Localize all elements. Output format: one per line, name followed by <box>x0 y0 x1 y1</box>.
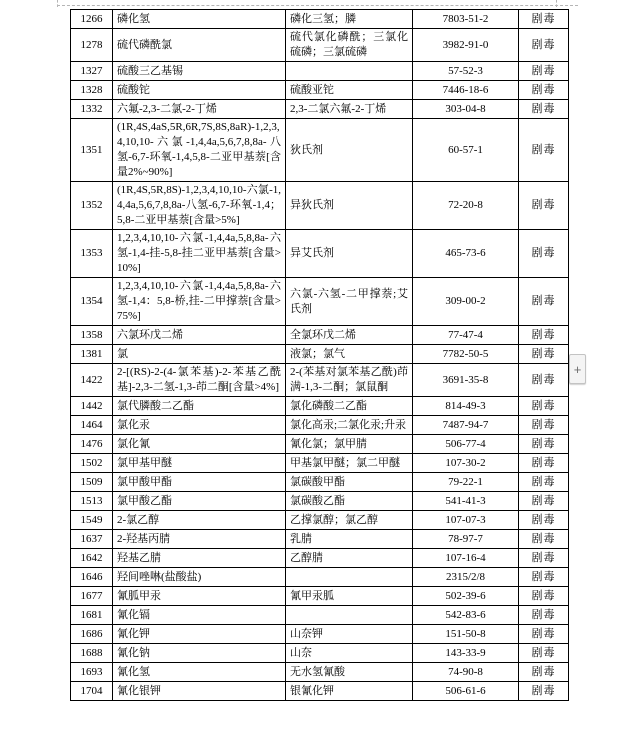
cell-toxicity[interactable]: 剧毒 <box>519 416 569 435</box>
cell-cas-number[interactable]: 502-39-6 <box>413 587 519 606</box>
cell-serial-number[interactable]: 1549 <box>71 511 113 530</box>
table-row: 1358 六氯环戊二烯 全氯环戊二烯 77-47-4 剧毒 <box>71 326 569 345</box>
table-row: 1642 羟基乙腈 乙醇腈 107-16-4 剧毒 <box>71 549 569 568</box>
cell-chemical-name[interactable]: 六氟-2,3-二氯-2-丁烯 <box>113 100 286 119</box>
cell-toxicity[interactable]: 剧毒 <box>519 606 569 625</box>
cell-toxicity[interactable]: 剧毒 <box>519 530 569 549</box>
cell-cas-number[interactable]: 151-50-8 <box>413 625 519 644</box>
cell-chemical-name[interactable]: 硫代磷酰氯 <box>113 29 286 62</box>
cell-cas-number[interactable]: 309-00-2 <box>413 278 519 326</box>
add-button[interactable]: + <box>569 354 586 384</box>
table-row: 1351 (1R,4S,4aS,5R,6R,7S,8S,8aR)-1,2,3,4… <box>71 119 569 182</box>
cell-cas-number[interactable]: 7446-18-6 <box>413 81 519 100</box>
cell-alias[interactable]: 无水氢氰酸 <box>286 663 413 682</box>
cell-cas-number[interactable]: 3982-91-0 <box>413 29 519 62</box>
cell-toxicity[interactable]: 剧毒 <box>519 454 569 473</box>
table-row: 1327 硫酸三乙基锡 57-52-3 剧毒 <box>71 62 569 81</box>
cell-toxicity[interactable]: 剧毒 <box>519 278 569 326</box>
cell-toxicity[interactable]: 剧毒 <box>519 326 569 345</box>
cell-cas-number[interactable]: 3691-35-8 <box>413 364 519 397</box>
table-row: 1332 六氟-2,3-二氯-2-丁烯 2,3-二氯六氟-2-丁烯 303-04… <box>71 100 569 119</box>
cell-serial-number[interactable]: 1681 <box>71 606 113 625</box>
cell-serial-number[interactable]: 1476 <box>71 435 113 454</box>
cell-chemical-name[interactable]: 氯甲酸乙酯 <box>113 492 286 511</box>
cell-serial-number[interactable]: 1354 <box>71 278 113 326</box>
cell-chemical-name[interactable]: 氰胍甲汞 <box>113 587 286 606</box>
table-row: 1278 硫代磷酰氯 硫代氯化磷酰；三氯化硫磷；三氯硫磷 3982-91-0 剧… <box>71 29 569 62</box>
cell-cas-number[interactable]: 107-16-4 <box>413 549 519 568</box>
cell-chemical-name[interactable]: 氯化氰 <box>113 435 286 454</box>
cell-cas-number[interactable]: 303-04-8 <box>413 100 519 119</box>
cell-serial-number[interactable]: 1464 <box>71 416 113 435</box>
cell-alias[interactable]: 2,3-二氯六氟-2-丁烯 <box>286 100 413 119</box>
cell-alias[interactable]: 山奈钾 <box>286 625 413 644</box>
table-row: 1266 磷化氢 磷化三氢；膦 7803-51-2 剧毒 <box>71 10 569 29</box>
cell-serial-number[interactable]: 1332 <box>71 100 113 119</box>
cell-cas-number[interactable]: 78-97-7 <box>413 530 519 549</box>
cell-serial-number[interactable]: 1677 <box>71 587 113 606</box>
cell-serial-number[interactable]: 1358 <box>71 326 113 345</box>
cell-alias[interactable]: 六氯-六氢-二甲撑萘;艾氏剂 <box>286 278 413 326</box>
cell-alias[interactable] <box>286 606 413 625</box>
hazardous-chemicals-table: 1266 磷化氢 磷化三氢；膦 7803-51-2 剧毒 1278 硫代磷酰氯 … <box>70 9 569 701</box>
cell-chemical-name[interactable]: 2-氯乙醇 <box>113 511 286 530</box>
table-row: 1476 氯化氰 氰化氯；氯甲腈 506-77-4 剧毒 <box>71 435 569 454</box>
cell-cas-number[interactable]: 107-07-3 <box>413 511 519 530</box>
cell-serial-number[interactable]: 1688 <box>71 644 113 663</box>
chemical-table-body: 1266 磷化氢 磷化三氢；膦 7803-51-2 剧毒 1278 硫代磷酰氯 … <box>71 10 569 701</box>
cell-chemical-name[interactable]: 硫酸三乙基锡 <box>113 62 286 81</box>
cell-toxicity[interactable]: 剧毒 <box>519 182 569 230</box>
cell-chemical-name[interactable]: 氰化银钾 <box>113 682 286 701</box>
table-row: 1328 硫酸铊 硫酸亚铊 7446-18-6 剧毒 <box>71 81 569 100</box>
cell-serial-number[interactable]: 1642 <box>71 549 113 568</box>
cell-toxicity[interactable]: 剧毒 <box>519 473 569 492</box>
table-row: 1509 氯甲酸甲酯 氯碳酸甲酯 79-22-1 剧毒 <box>71 473 569 492</box>
table-row: 1681 氰化镉 542-83-6 剧毒 <box>71 606 569 625</box>
cell-toxicity[interactable]: 剧毒 <box>519 644 569 663</box>
cell-chemical-name[interactable]: 氯甲酸甲酯 <box>113 473 286 492</box>
cell-serial-number[interactable]: 1704 <box>71 682 113 701</box>
cell-cas-number[interactable]: 72-20-8 <box>413 182 519 230</box>
cell-alias[interactable] <box>286 62 413 81</box>
cell-chemical-name[interactable]: 氰化氢 <box>113 663 286 682</box>
cell-alias[interactable] <box>286 568 413 587</box>
cell-toxicity[interactable]: 剧毒 <box>519 230 569 278</box>
cell-alias[interactable]: 液氯；氯气 <box>286 345 413 364</box>
table-row: 1442 氯代膦酸二乙酯 氯化磷酸二乙酯 814-49-3 剧毒 <box>71 397 569 416</box>
table-row: 1381 氯 液氯；氯气 7782-50-5 剧毒 <box>71 345 569 364</box>
cell-chemical-name[interactable]: 氯 <box>113 345 286 364</box>
cell-chemical-name[interactable]: 氯化汞 <box>113 416 286 435</box>
table-row: 1513 氯甲酸乙酯 氯碳酸乙酯 541-41-3 剧毒 <box>71 492 569 511</box>
cell-serial-number[interactable]: 1327 <box>71 62 113 81</box>
cell-alias[interactable]: 异艾氏剂 <box>286 230 413 278</box>
cell-chemical-name[interactable]: 六氯环戊二烯 <box>113 326 286 345</box>
table-row: 1549 2-氯乙醇 乙撑氯醇；氯乙醇 107-07-3 剧毒 <box>71 511 569 530</box>
cell-cas-number[interactable]: 542-83-6 <box>413 606 519 625</box>
cell-alias[interactable]: 银氰化钾 <box>286 682 413 701</box>
cell-alias[interactable]: 氯碳酸乙酯 <box>286 492 413 511</box>
cell-cas-number[interactable]: 107-30-2 <box>413 454 519 473</box>
cell-serial-number[interactable]: 1351 <box>71 119 113 182</box>
cell-cas-number[interactable]: 79-22-1 <box>413 473 519 492</box>
cell-cas-number[interactable]: 541-41-3 <box>413 492 519 511</box>
table-row: 1637 2-羟基丙腈 乳腈 78-97-7 剧毒 <box>71 530 569 549</box>
cell-cas-number[interactable]: 74-90-8 <box>413 663 519 682</box>
cell-serial-number[interactable]: 1352 <box>71 182 113 230</box>
cell-serial-number[interactable]: 1513 <box>71 492 113 511</box>
cell-serial-number[interactable]: 1646 <box>71 568 113 587</box>
cell-alias[interactable]: 氯化磷酸二乙酯 <box>286 397 413 416</box>
cell-alias[interactable]: 乙醇腈 <box>286 549 413 568</box>
table-row: 1704 氰化银钾 银氰化钾 506-61-6 剧毒 <box>71 682 569 701</box>
cell-toxicity[interactable]: 剧毒 <box>519 10 569 29</box>
cell-toxicity[interactable]: 剧毒 <box>519 663 569 682</box>
cell-alias[interactable]: 山奈 <box>286 644 413 663</box>
cell-serial-number[interactable]: 1381 <box>71 345 113 364</box>
cell-serial-number[interactable]: 1353 <box>71 230 113 278</box>
table-row: 1354 1,2,3,4,10,10-六氯-1,4,4a,5,8,8a-六氢-1… <box>71 278 569 326</box>
cell-chemical-name[interactable]: 1,2,3,4,10,10-六氯-1,4,4a,5,8,8a-六氢-1,4：5,… <box>113 278 286 326</box>
cell-chemical-name[interactable]: (1R,4S,4aS,5R,6R,7S,8S,8aR)-1,2,3,4,10,1… <box>113 119 286 182</box>
cell-cas-number[interactable]: 77-47-4 <box>413 326 519 345</box>
cell-chemical-name[interactable]: 氯代膦酸二乙酯 <box>113 397 286 416</box>
cell-chemical-name[interactable]: 羟基乙腈 <box>113 549 286 568</box>
table-row: 1646 羟间唑啉(盐酸盐) 2315/2/8 剧毒 <box>71 568 569 587</box>
cell-serial-number[interactable]: 1442 <box>71 397 113 416</box>
cell-serial-number[interactable]: 1266 <box>71 10 113 29</box>
cell-toxicity[interactable]: 剧毒 <box>519 682 569 701</box>
cell-alias[interactable]: 氰甲汞胍 <box>286 587 413 606</box>
cell-toxicity[interactable]: 剧毒 <box>519 549 569 568</box>
cell-cas-number[interactable]: 57-52-3 <box>413 62 519 81</box>
cell-serial-number[interactable]: 1637 <box>71 530 113 549</box>
cell-toxicity[interactable]: 剧毒 <box>519 435 569 454</box>
cell-cas-number[interactable]: 7782-50-5 <box>413 345 519 364</box>
text-boundary-left-stub <box>57 0 58 7</box>
cell-cas-number[interactable]: 465-73-6 <box>413 230 519 278</box>
cell-toxicity[interactable]: 剧毒 <box>519 397 569 416</box>
cell-cas-number[interactable]: 2315/2/8 <box>413 568 519 587</box>
cell-chemical-name[interactable]: 2-[(RS)-2-(4-氯苯基)-2-苯基乙酰基]-2,3-二氢-1,3-茚二… <box>113 364 286 397</box>
cell-cas-number[interactable]: 506-77-4 <box>413 435 519 454</box>
cell-chemical-name[interactable]: (1R,4S,5R,8S)-1,2,3,4,10,10-六氯-1,4,4a,5,… <box>113 182 286 230</box>
document-page: { "controls": { "plus_button_label": "+"… <box>0 0 631 734</box>
cell-toxicity[interactable]: 剧毒 <box>519 62 569 81</box>
cell-serial-number[interactable]: 1686 <box>71 625 113 644</box>
text-boundary-right-stub <box>556 0 557 7</box>
cell-alias[interactable]: 狄氏剂 <box>286 119 413 182</box>
cell-chemical-name[interactable]: 2-羟基丙腈 <box>113 530 286 549</box>
table-row: 1464 氯化汞 氯化高汞;二氯化汞;升汞 7487-94-7 剧毒 <box>71 416 569 435</box>
table-row: 1502 氯甲基甲醚 甲基氯甲醚；氯二甲醚 107-30-2 剧毒 <box>71 454 569 473</box>
cell-alias[interactable]: 甲基氯甲醚；氯二甲醚 <box>286 454 413 473</box>
cell-chemical-name[interactable]: 1,2,3,4,10,10-六氯-1,4,4a,5,8,8a-六氢-1,4-挂-… <box>113 230 286 278</box>
cell-serial-number[interactable]: 1502 <box>71 454 113 473</box>
cell-alias[interactable]: 2-(苯基对氯苯基乙酰)茚满-1,3-二酮；氯鼠酮 <box>286 364 413 397</box>
cell-chemical-name[interactable]: 氰化镉 <box>113 606 286 625</box>
cell-toxicity[interactable]: 剧毒 <box>519 100 569 119</box>
cell-toxicity[interactable]: 剧毒 <box>519 568 569 587</box>
cell-cas-number[interactable]: 506-61-6 <box>413 682 519 701</box>
cell-alias[interactable]: 全氯环戊二烯 <box>286 326 413 345</box>
cell-chemical-name[interactable]: 氯甲基甲醚 <box>113 454 286 473</box>
cell-serial-number[interactable]: 1328 <box>71 81 113 100</box>
cell-toxicity[interactable]: 剧毒 <box>519 119 569 182</box>
cell-cas-number[interactable]: 814-49-3 <box>413 397 519 416</box>
cell-serial-number[interactable]: 1509 <box>71 473 113 492</box>
cell-cas-number[interactable]: 7487-94-7 <box>413 416 519 435</box>
cell-toxicity[interactable]: 剧毒 <box>519 511 569 530</box>
cell-cas-number[interactable]: 60-57-1 <box>413 119 519 182</box>
cell-chemical-name[interactable]: 氰化钾 <box>113 625 286 644</box>
table-row: 1353 1,2,3,4,10,10-六氯-1,4,4a,5,8,8a-六氢-1… <box>71 230 569 278</box>
table-row: 1422 2-[(RS)-2-(4-氯苯基)-2-苯基乙酰基]-2,3-二氢-1… <box>71 364 569 397</box>
cell-toxicity[interactable]: 剧毒 <box>519 364 569 397</box>
table-row: 1677 氰胍甲汞 氰甲汞胍 502-39-6 剧毒 <box>71 587 569 606</box>
cell-toxicity[interactable]: 剧毒 <box>519 587 569 606</box>
cell-serial-number[interactable]: 1278 <box>71 29 113 62</box>
text-boundary-top-line <box>57 5 578 6</box>
cell-alias[interactable]: 异狄氏剂 <box>286 182 413 230</box>
table-row: 1688 氰化钠 山奈 143-33-9 剧毒 <box>71 644 569 663</box>
cell-alias[interactable]: 氰化氯；氯甲腈 <box>286 435 413 454</box>
table-row: 1686 氰化钾 山奈钾 151-50-8 剧毒 <box>71 625 569 644</box>
cell-alias[interactable]: 乙撑氯醇；氯乙醇 <box>286 511 413 530</box>
cell-alias[interactable]: 氯化高汞;二氯化汞;升汞 <box>286 416 413 435</box>
cell-toxicity[interactable]: 剧毒 <box>519 29 569 62</box>
cell-toxicity[interactable]: 剧毒 <box>519 81 569 100</box>
cell-serial-number[interactable]: 1422 <box>71 364 113 397</box>
cell-chemical-name[interactable]: 羟间唑啉(盐酸盐) <box>113 568 286 587</box>
cell-alias[interactable]: 硫酸亚铊 <box>286 81 413 100</box>
cell-cas-number[interactable]: 143-33-9 <box>413 644 519 663</box>
table-row: 1352 (1R,4S,5R,8S)-1,2,3,4,10,10-六氯-1,4,… <box>71 182 569 230</box>
cell-alias[interactable]: 氯碳酸甲酯 <box>286 473 413 492</box>
cell-alias[interactable]: 硫代氯化磷酰；三氯化硫磷；三氯硫磷 <box>286 29 413 62</box>
cell-toxicity[interactable]: 剧毒 <box>519 625 569 644</box>
cell-serial-number[interactable]: 1693 <box>71 663 113 682</box>
cell-chemical-name[interactable]: 磷化氢 <box>113 10 286 29</box>
cell-cas-number[interactable]: 7803-51-2 <box>413 10 519 29</box>
cell-chemical-name[interactable]: 硫酸铊 <box>113 81 286 100</box>
cell-alias[interactable]: 乳腈 <box>286 530 413 549</box>
cell-chemical-name[interactable]: 氰化钠 <box>113 644 286 663</box>
cell-alias[interactable]: 磷化三氢；膦 <box>286 10 413 29</box>
table-row: 1693 氰化氢 无水氢氰酸 74-90-8 剧毒 <box>71 663 569 682</box>
cell-toxicity[interactable]: 剧毒 <box>519 345 569 364</box>
cell-toxicity[interactable]: 剧毒 <box>519 492 569 511</box>
